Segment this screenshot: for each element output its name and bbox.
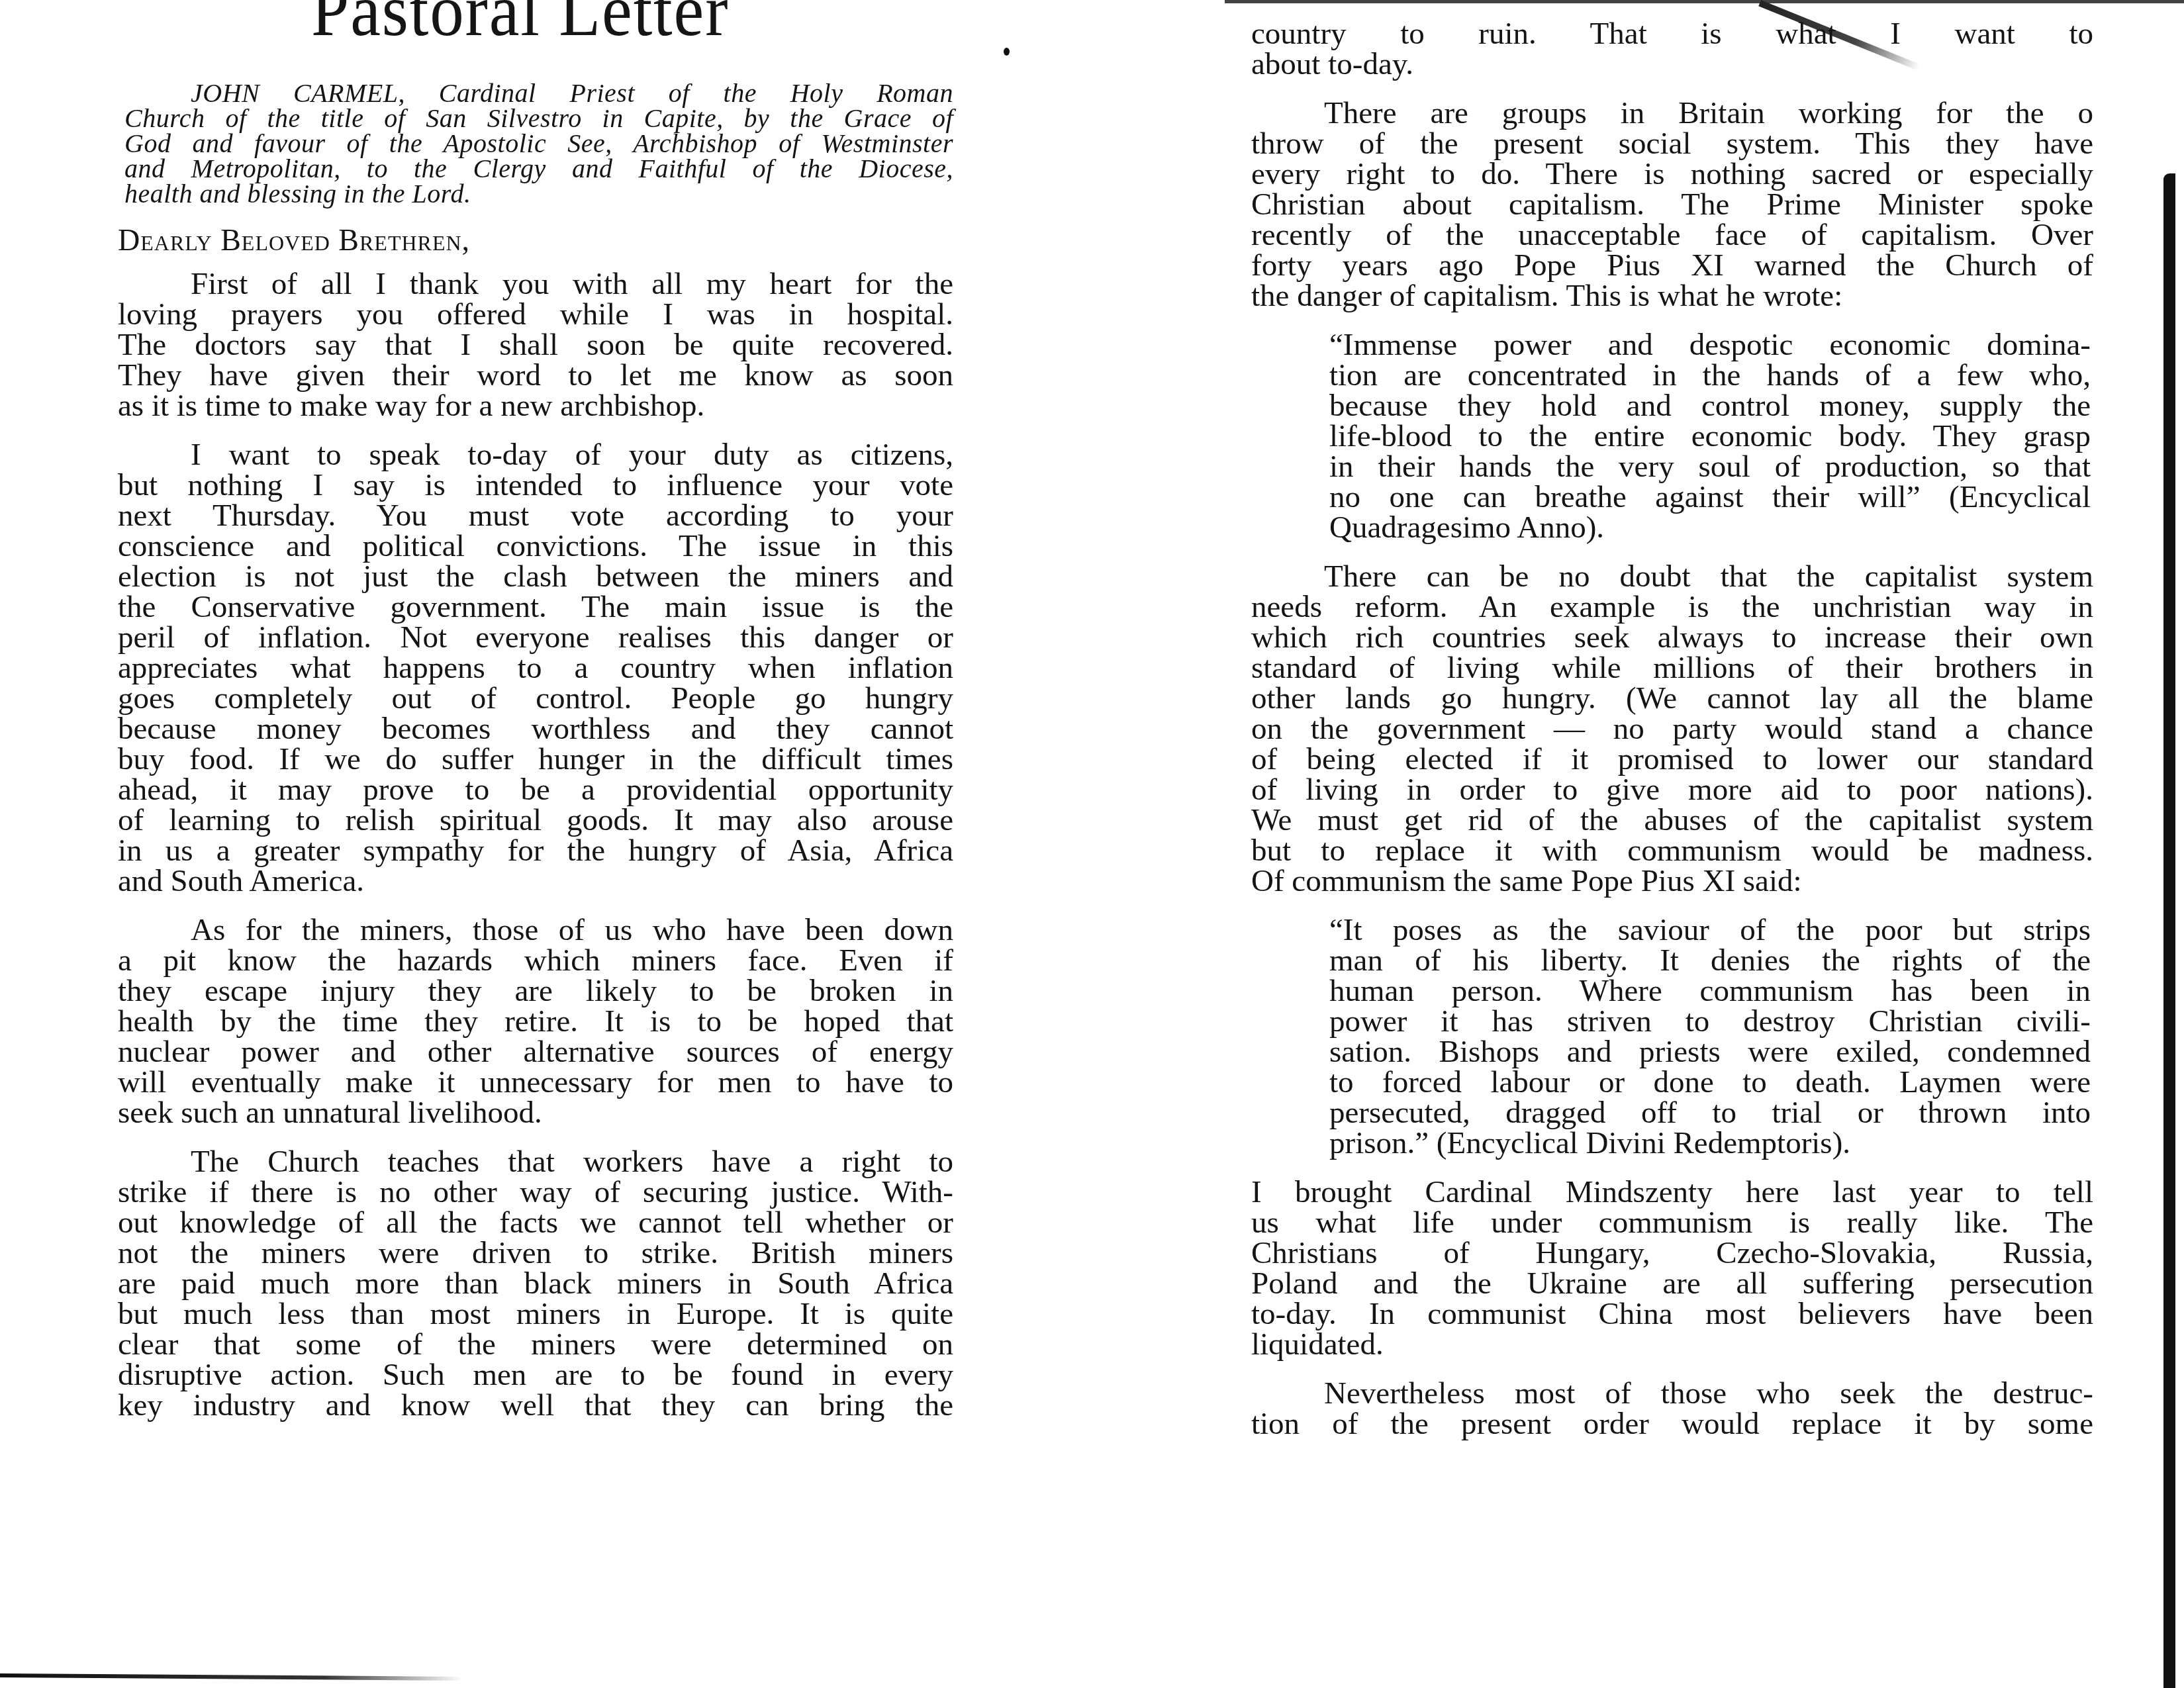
- text-line: goes completely out of control. People g…: [118, 683, 953, 714]
- scan-speck: [1004, 48, 1010, 56]
- text-line: about to-day.: [1251, 49, 2093, 79]
- text-line: key industry and know well that they can…: [118, 1390, 953, 1421]
- page-title: Pastoral Letter: [311, 0, 729, 48]
- text-line: they escape injury they are likely to be…: [118, 976, 953, 1006]
- text-line: to-day. In communist China most believer…: [1251, 1299, 2093, 1329]
- text-line: and Metropolitan, to the Clergy and Fait…: [124, 156, 953, 181]
- text-line: Christian about capitalism. The Prime Mi…: [1251, 189, 2093, 220]
- text-line: no one can breathe against their will” (…: [1329, 482, 2091, 512]
- left-column: JOHN CARMEL, Cardinal Priest of the Holy…: [118, 81, 953, 1439]
- greeting: Dearly Beloved Brethren,: [118, 225, 953, 256]
- text-line: The Church teaches that workers have a r…: [118, 1147, 953, 1177]
- text-line: human person. Where communism has been i…: [1329, 976, 2091, 1006]
- text-line: First of all I thank you with all my hea…: [118, 269, 953, 299]
- text-line: conscience and political convictions. Th…: [118, 531, 953, 561]
- text-line: “Immense power and despotic economic dom…: [1329, 330, 2091, 360]
- left-column-body: First of all I thank you with all my hea…: [118, 269, 953, 1421]
- text-line: of living in order to give more aid to p…: [1251, 774, 2093, 805]
- text-line: throw of the present social system. This…: [1251, 128, 2093, 159]
- text-line: Christians of Hungary, Czecho-Slovakia, …: [1251, 1238, 2093, 1268]
- paragraph: As for the miners, those of us who have …: [118, 915, 953, 1128]
- text-line: We must get rid of the abuses of the cap…: [1251, 805, 2093, 835]
- text-line: God and favour of the Apostolic See, Arc…: [124, 131, 953, 156]
- paragraph: There can be no doubt that the capitalis…: [1251, 561, 2093, 896]
- text-line: will eventually make it unnecessary for …: [118, 1067, 953, 1098]
- text-line: clear that some of the miners were deter…: [118, 1329, 953, 1360]
- text-line: us what life under communism is really l…: [1251, 1207, 2093, 1238]
- text-line: not the miners were driven to strike. Br…: [118, 1238, 953, 1268]
- text-line: of learning to relish spiritual goods. I…: [118, 805, 953, 835]
- text-line: but much less than most miners in Europe…: [118, 1299, 953, 1329]
- text-line: out knowledge of all the facts we cannot…: [118, 1207, 953, 1238]
- text-line: next Thursday. You must vote according t…: [118, 500, 953, 531]
- text-line: Quadragesimo Anno).: [1329, 512, 2091, 543]
- block-quote: “Immense power and despotic economic dom…: [1251, 330, 2091, 543]
- paragraph: country to ruin. That is what I want toa…: [1251, 19, 2093, 79]
- text-line: to forced labour or done to death. Layme…: [1329, 1067, 2091, 1098]
- text-line: “It poses as the saviour of the poor but…: [1329, 915, 2091, 945]
- text-line: They have given their word to let me kno…: [118, 360, 953, 391]
- text-line: power it has striven to destroy Christia…: [1329, 1006, 2091, 1037]
- text-line: loving prayers you offered while I was i…: [118, 299, 953, 330]
- text-line: tion of the present order would replace …: [1251, 1409, 2093, 1439]
- text-line: sation. Bishops and priests were exiled,…: [1329, 1037, 2091, 1067]
- text-line: Nevertheless most of those who seek the …: [1251, 1378, 2093, 1409]
- text-line: peril of inflation. Not everyone realise…: [118, 622, 953, 653]
- text-line: Church of the title of San Silvestro in …: [124, 106, 953, 131]
- text-line: other lands go hungry. (We cannot lay al…: [1251, 683, 2093, 714]
- text-line: in us a greater sympathy for the hungry …: [118, 835, 953, 866]
- text-line: country to ruin. That is what I want to: [1251, 19, 2093, 49]
- text-line: I brought Cardinal Mindszenty here last …: [1251, 1177, 2093, 1207]
- text-line: There are groups in Britain working for …: [1251, 98, 2093, 128]
- text-line: which rich countries seek always to incr…: [1251, 622, 2093, 653]
- salutation-block: JOHN CARMEL, Cardinal Priest of the Holy…: [124, 81, 953, 207]
- text-line: standard of living while millions of the…: [1251, 653, 2093, 683]
- text-line: but nothing I say is intended to influen…: [118, 470, 953, 500]
- text-line: ahead, it may prove to be a providential…: [118, 774, 953, 805]
- text-line: prison.” (Encyclical Divini Redemptoris)…: [1329, 1128, 2091, 1158]
- text-line: The doctors say that I shall soon be qui…: [118, 330, 953, 360]
- scan-right-edge: [2163, 173, 2175, 1688]
- text-line: health and blessing in the Lord.: [124, 181, 953, 207]
- text-line: persecuted, dragged off to trial or thro…: [1329, 1098, 2091, 1128]
- text-line: JOHN CARMEL, Cardinal Priest of the Holy…: [124, 81, 953, 106]
- text-line: appreciates what happens to a country wh…: [118, 653, 953, 683]
- text-line: are paid much more than black miners in …: [118, 1268, 953, 1299]
- text-line: forty years ago Pope Pius XI warned the …: [1251, 250, 2093, 281]
- text-line: health by the time they retire. It is to…: [118, 1006, 953, 1037]
- text-line: man of his liberty. It denies the rights…: [1329, 945, 2091, 976]
- text-line: because they hold and control money, sup…: [1329, 391, 2091, 421]
- text-line: There can be no doubt that the capitalis…: [1251, 561, 2093, 592]
- paragraph: Nevertheless most of those who seek the …: [1251, 1378, 2093, 1439]
- text-line: nuclear power and other alternative sour…: [118, 1037, 953, 1067]
- text-line: Poland and the Ukraine are all suffering…: [1251, 1268, 2093, 1299]
- text-line: the danger of capitalism. This is what h…: [1251, 281, 2093, 311]
- text-line: on the government — no party would stand…: [1251, 714, 2093, 744]
- text-line: every right to do. There is nothing sacr…: [1251, 159, 2093, 189]
- text-line: election is not just the clash between t…: [118, 561, 953, 592]
- scan-top-edge: [1225, 0, 2184, 3]
- text-line: tion are concentrated in the hands of a …: [1329, 360, 2091, 391]
- text-line: a pit know the hazards which miners face…: [118, 945, 953, 976]
- text-line: life-blood to the entire economic body. …: [1329, 421, 2091, 451]
- paragraph: There are groups in Britain working for …: [1251, 98, 2093, 311]
- scanned-page: Pastoral Letter JOHN CARMEL, Cardinal Pr…: [0, 0, 2184, 1688]
- text-line: in their hands the very soul of producti…: [1329, 451, 2091, 482]
- paragraph: I brought Cardinal Mindszenty here last …: [1251, 1177, 2093, 1360]
- text-line: strike if there is no other way of secur…: [118, 1177, 953, 1207]
- text-line: Of communism the same Pope Pius XI said:: [1251, 866, 2093, 896]
- text-line: and South America.: [118, 866, 953, 896]
- text-line: the Conservative government. The main is…: [118, 592, 953, 622]
- text-line: disruptive action. Such men are to be fo…: [118, 1360, 953, 1390]
- text-line: liquidated.: [1251, 1329, 2093, 1360]
- right-column: country to ruin. That is what I want toa…: [1251, 19, 2093, 1458]
- paragraph: First of all I thank you with all my hea…: [118, 269, 953, 421]
- text-line: needs reform. An example is the unchrist…: [1251, 592, 2093, 622]
- text-line: as it is time to make way for a new arch…: [118, 391, 953, 421]
- paragraph: I want to speak to-day of your duty as c…: [118, 440, 953, 896]
- text-line: buy food. If we do suffer hunger in the …: [118, 744, 953, 774]
- text-line: of being elected if it promised to lower…: [1251, 744, 2093, 774]
- text-line: recently of the unacceptable face of cap…: [1251, 220, 2093, 250]
- text-line: but to replace it with communism would b…: [1251, 835, 2093, 866]
- text-line: As for the miners, those of us who have …: [118, 915, 953, 945]
- text-line: because money becomes worthless and they…: [118, 714, 953, 744]
- right-column-body: country to ruin. That is what I want toa…: [1251, 19, 2093, 1439]
- block-quote: “It poses as the saviour of the poor but…: [1251, 915, 2091, 1158]
- text-line: I want to speak to-day of your duty as c…: [118, 440, 953, 470]
- scan-bottom-edge: [0, 1673, 463, 1681]
- text-line: seek such an unnatural livelihood.: [118, 1098, 953, 1128]
- paragraph: The Church teaches that workers have a r…: [118, 1147, 953, 1421]
